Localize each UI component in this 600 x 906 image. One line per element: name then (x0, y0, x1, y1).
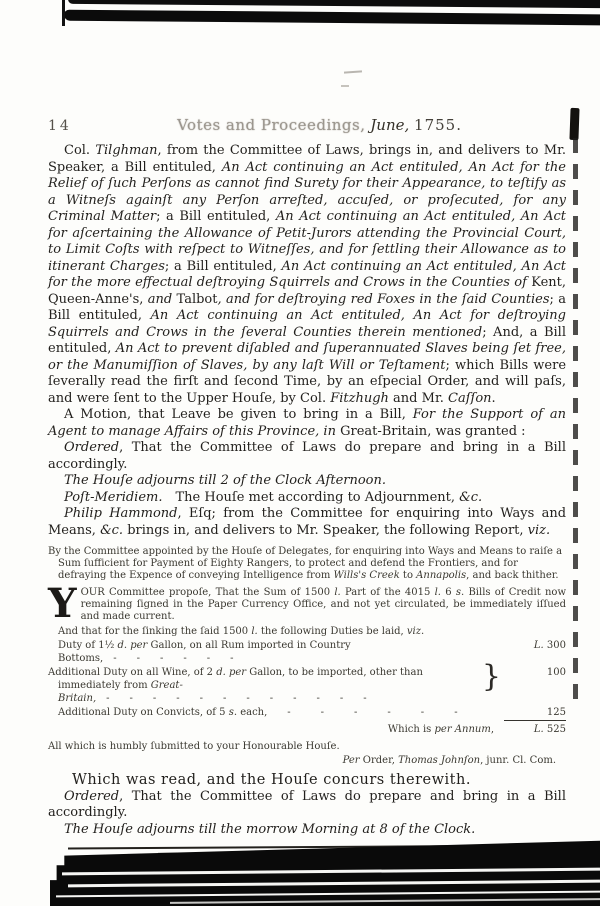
italic-text: &c. (100, 523, 123, 538)
duty-row-convicts: Additional Duty on Convicts, of 5 s. eac… (48, 706, 566, 721)
italic-text: per Annum (435, 724, 491, 735)
italic-text: Thomas Johnſon (398, 755, 480, 766)
report-heading: By the Committee appointed by the Houſe … (48, 546, 566, 583)
roman-text: ; a Bill entituled, (156, 209, 276, 224)
paragraph-post-meridiem: Poſt-Meridiem. The Houſe met according t… (48, 490, 566, 507)
running-title-faded: Votes and Proceedings, (177, 116, 365, 134)
roman-text: - - - - - - - - - - - - (96, 693, 367, 704)
report-proposal: YOUR Committee propoſe, That the Sum of … (48, 587, 566, 624)
italic-text: L. (534, 640, 544, 651)
roman-text: Col. (64, 143, 95, 158)
italic-text: Poſt-Meridiem. (64, 490, 162, 505)
duty-row-rum-amount: L. 300 (504, 639, 566, 652)
duty-row-wine: Additional Duty on all Wine, of 2 d. per… (48, 666, 566, 705)
scanned-document-page: 14 Votes and Proceedings, June, 1755. Co… (0, 0, 600, 906)
roman-text: Talbot (177, 292, 218, 307)
duty-total-row: Which is per Annum,L. 525 (48, 723, 566, 736)
paragraph-ordered-second: Ordered, That the Committee of Laws do p… (48, 789, 566, 822)
paragraph-hammond: Philip Hammond, Eſq; from the Committee … (48, 506, 566, 539)
italic-text: &c. (459, 490, 482, 505)
roman-text: . (492, 391, 496, 406)
scan-artifact-bottom-streak-4 (170, 898, 600, 904)
roman-text: Great-Britain (340, 424, 427, 439)
roman-text: 6 (441, 587, 456, 598)
roman-text: Additional Duty on all Wine, of 2 (48, 667, 216, 678)
duty-total-row-label: Which is per Annum, (388, 723, 494, 736)
roman-text: 100 (547, 667, 566, 678)
page-number: 14 (48, 118, 177, 134)
italic-text: Philip Hammond (64, 506, 177, 521)
italic-text: L. (534, 724, 544, 735)
roman-text: Which was read, and the Houſe concurs th… (72, 772, 471, 788)
roman-text: , junr. Cl. Com. (480, 755, 556, 766)
running-title-month: June, (370, 116, 409, 134)
roman-text: And that for the ſinking the ſaid 1500 (58, 626, 251, 637)
paragraph-adjourn-afternoon: The Houſe adjourns till 2 of the Clock A… (48, 473, 566, 490)
sinking-line: And that for the ſinking the ſaid 1500 l… (48, 626, 566, 638)
running-title-year: 1755. (414, 116, 462, 134)
document-content: 14 Votes and Proceedings, June, 1755. Co… (0, 0, 600, 906)
roman-text: 525 (544, 724, 566, 735)
italic-text: Per (343, 755, 360, 766)
italic-text: s. (456, 587, 464, 598)
scan-artifact-bottom-streak-2 (68, 880, 600, 888)
italic-text: Tilghman (95, 143, 157, 158)
italic-text: Caſſon (448, 391, 492, 406)
paragraph-concurs: Which was read, and the Houſe concurs th… (48, 771, 566, 789)
roman-text: each, - - - - - - (237, 707, 458, 718)
drop-cap-initial: Y (48, 587, 81, 618)
duty-row-wine-label: Additional Duty on all Wine, of 2 d. per… (48, 666, 480, 705)
brace-glyph: } (482, 664, 501, 690)
roman-text: Additional Duty on Convicts, of 5 (58, 707, 229, 718)
duty-row-rum-label: Duty of 1½ d. per Gallon, on all Rum imp… (48, 639, 504, 665)
roman-text: , That the Committee of Laws do prepare … (48, 789, 566, 821)
roman-text: 300 (544, 640, 566, 651)
italic-text: viz. (528, 523, 550, 538)
roman-text: A Motion, that Leave be given to bring i… (64, 407, 413, 422)
duty-row-wine-amount: 100 (504, 666, 566, 679)
paragraph-motion: A Motion, that Leave be given to bring i… (48, 407, 566, 440)
roman-text: Order, (360, 755, 399, 766)
roman-text: the following Duties be laid, (258, 626, 407, 637)
roman-text: , and back thither. (466, 570, 558, 581)
roman-text: All which is humbly ſubmitted to your Ho… (48, 741, 340, 752)
roman-text: brings in, and delivers to Mr. Speaker, … (123, 523, 528, 538)
roman-text: , (491, 724, 494, 735)
roman-text: ; a Bill entituled, (165, 259, 282, 274)
roman-text: 125 (547, 707, 566, 718)
scan-artifact-bottom-streak-1 (62, 868, 600, 875)
italic-text: , and for deſtroying red Foxes in the ſa… (217, 292, 549, 307)
document-body: Col. Tilghman, from the Committee of Law… (48, 143, 566, 853)
italic-text: Wills's Creek (334, 570, 400, 581)
roman-text: , was granted : (427, 424, 525, 439)
roman-text: Part of the 4015 (341, 587, 435, 598)
italic-text: The Houſe adjourns till 2 of the Clock A… (64, 473, 386, 488)
italic-text: d. per (117, 640, 147, 651)
italic-text: Annapolis (416, 570, 466, 581)
roman-text: The Houſe met according to Adjournment, (162, 490, 459, 505)
roman-text: Duty of 1½ (58, 640, 117, 651)
page-header: 14 Votes and Proceedings, June, 1755. (48, 116, 566, 134)
duty-row-convicts-amount: 125 (504, 706, 566, 721)
paragraph-adjourn-morrow: The Houſe adjourns till the morrow Morni… (48, 822, 566, 839)
italic-text: Ordered (64, 789, 119, 804)
italic-text: Fitzhugh (330, 391, 389, 406)
roman-text: Which is (388, 724, 435, 735)
submitted-line: All which is humbly ſubmitted to your Ho… (48, 741, 566, 753)
roman-text: , That the Committee of Laws do prepare … (48, 440, 566, 472)
italic-text: s. (229, 707, 237, 718)
italic-text: The Houſe adjourns till the morrow Morni… (64, 822, 475, 837)
italic-text: d. per (216, 667, 246, 678)
roman-text: to (400, 570, 416, 581)
roman-text: and Mr. (389, 391, 448, 406)
duty-total-row-amount: L. 525 (504, 723, 566, 736)
scan-artifact-bottom-streak-3 (56, 891, 600, 898)
italic-text: Ordered (64, 440, 119, 455)
duty-row-convicts-label: Additional Duty on Convicts, of 5 s. eac… (48, 706, 504, 719)
italic-text: viz. (407, 626, 424, 637)
running-title: Votes and Proceedings, June, 1755. (177, 116, 462, 134)
paragraph-ordered-first: Ordered, That the Committee of Laws do p… (48, 440, 566, 473)
per-order-line: Per Order, Thomas Johnſon, junr. Cl. Com… (48, 755, 566, 767)
roman-text: OUR Committee propoſe, That the Sum of 1… (81, 587, 335, 598)
italic-text: and (148, 292, 177, 307)
paragraph-bills: Col. Tilghman, from the Committee of Law… (48, 143, 566, 407)
